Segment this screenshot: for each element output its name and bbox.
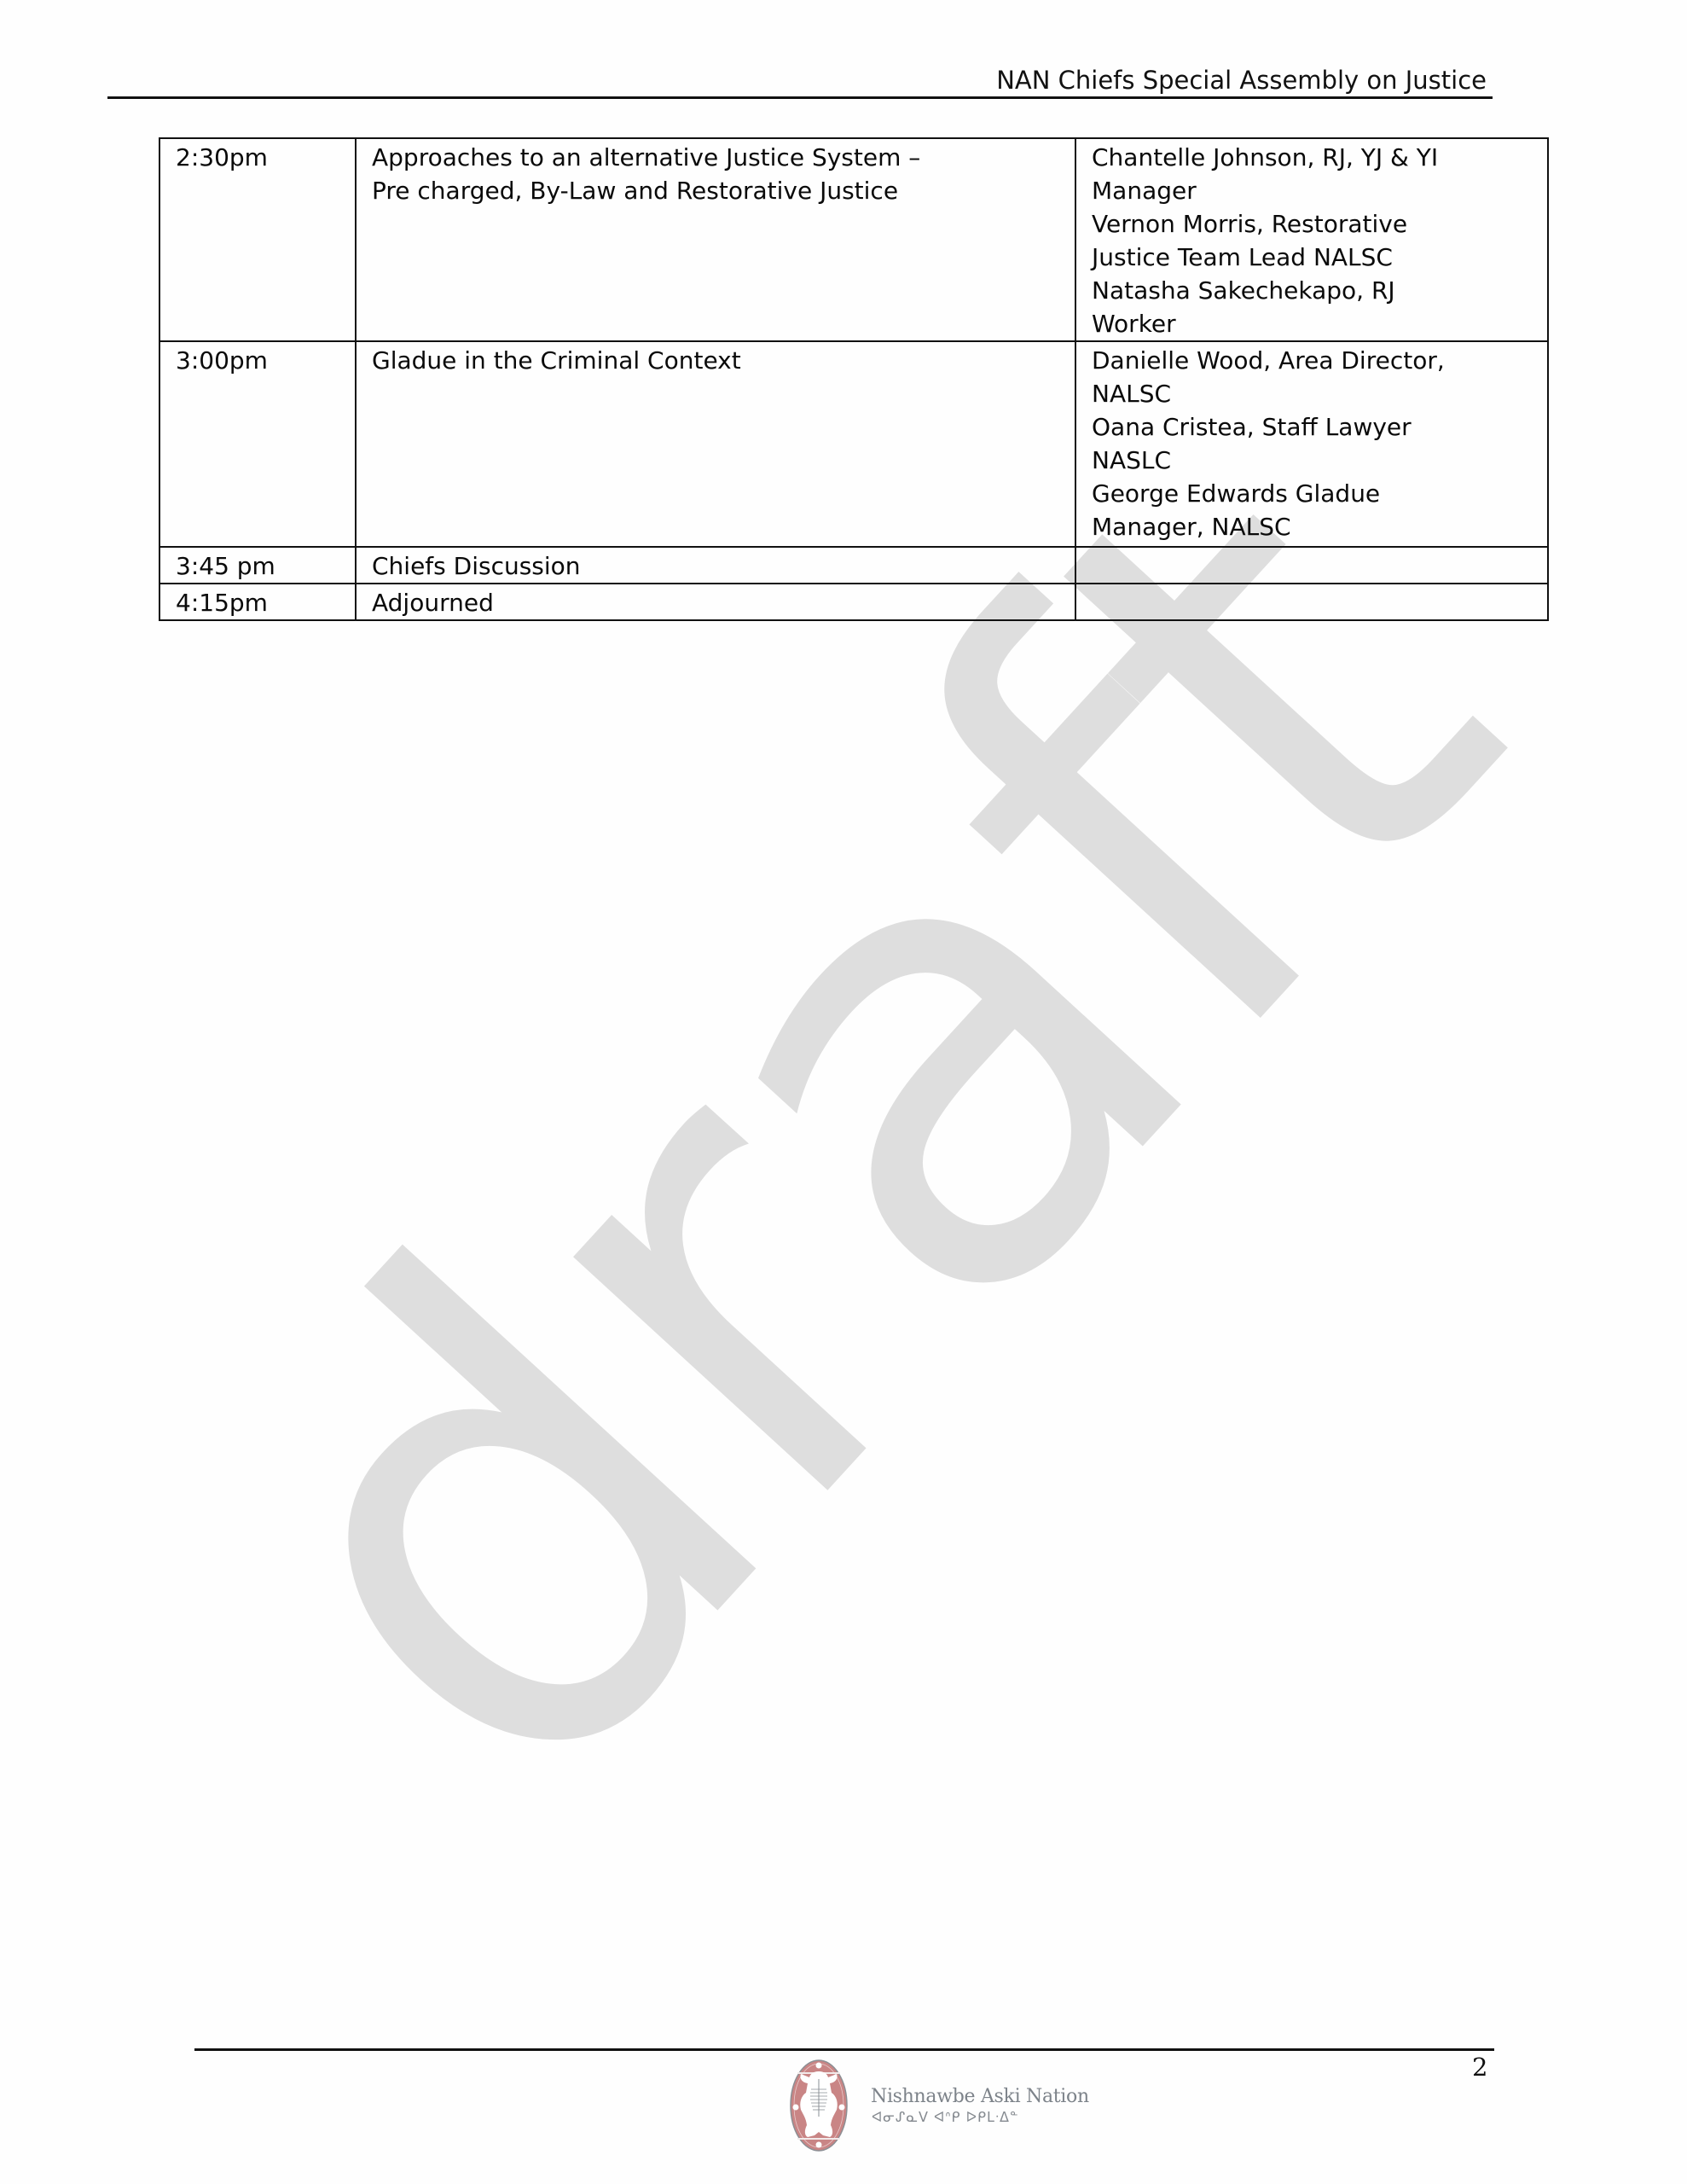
speaker-line: Danielle Wood, Area Director, (1092, 344, 1535, 377)
time-cell: 4:15pm (159, 584, 356, 620)
table-row: 3:00pm Gladue in the Criminal Context Da… (159, 341, 1548, 547)
topic-line: Adjourned (372, 586, 1063, 619)
table-row: 2:30pm Approaches to an alternative Just… (159, 138, 1548, 341)
time-text: 2:30pm (176, 141, 343, 174)
organization-name: Nishnawbe Aski Nation (871, 2085, 1089, 2109)
speaker-line: Manager (1092, 174, 1535, 207)
topic-line: Pre charged, By-Law and Restorative Just… (372, 174, 1063, 207)
speaker-line: George Edwards Gladue (1092, 477, 1535, 510)
topic-cell: Chiefs Discussion (356, 547, 1075, 584)
table-row: 3:45 pm Chiefs Discussion (159, 547, 1548, 584)
speaker-line: Oana Cristea, Staff Lawyer (1092, 410, 1535, 444)
topic-line: Gladue in the Criminal Context (372, 344, 1063, 377)
page-number: 2 (1472, 2053, 1487, 2082)
speaker-line: Worker (1092, 307, 1535, 340)
time-text: 4:15pm (176, 586, 343, 619)
topic-line: Approaches to an alternative Justice Sys… (372, 141, 1063, 174)
agenda-table: 2:30pm Approaches to an alternative Just… (159, 137, 1549, 621)
table-row: 4:15pm Adjourned (159, 584, 1548, 620)
nan-bear-emblem-icon (789, 2059, 849, 2152)
speaker-cell: Chantelle Johnson, RJ, YJ & YI Manager V… (1075, 138, 1548, 341)
time-cell: 3:45 pm (159, 547, 356, 584)
time-text: 3:00pm (176, 344, 343, 377)
time-cell: 2:30pm (159, 138, 356, 341)
speaker-line: Vernon Morris, Restorative (1092, 207, 1535, 241)
header-divider (107, 96, 1493, 99)
page-header-title: NAN Chiefs Special Assembly on Justice (996, 65, 1487, 96)
speaker-line: NALSC (1092, 377, 1535, 410)
speaker-line: Justice Team Lead NALSC (1092, 241, 1535, 274)
footer-divider (194, 2048, 1494, 2051)
speaker-cell (1075, 584, 1548, 620)
speaker-line: NASLC (1092, 444, 1535, 477)
time-cell: 3:00pm (159, 341, 356, 547)
speaker-cell: Danielle Wood, Area Director, NALSC Oana… (1075, 341, 1548, 547)
organization-name-syllabics: ᐊᓂᔑᓇᐯ ᐊᐢᑭ ᐅᑭᒪᐧᐃᓐ (872, 2109, 1019, 2126)
speaker-line: Manager, NALSC (1092, 510, 1535, 543)
topic-cell: Adjourned (356, 584, 1075, 620)
speaker-cell (1075, 547, 1548, 584)
speaker-line: Natasha Sakechekapo, RJ (1092, 274, 1535, 307)
time-text: 3:45 pm (176, 549, 343, 583)
topic-cell: Gladue in the Criminal Context (356, 341, 1075, 547)
topic-cell: Approaches to an alternative Justice Sys… (356, 138, 1075, 341)
topic-line: Chiefs Discussion (372, 549, 1063, 583)
speaker-line: Chantelle Johnson, RJ, YJ & YI (1092, 141, 1535, 174)
